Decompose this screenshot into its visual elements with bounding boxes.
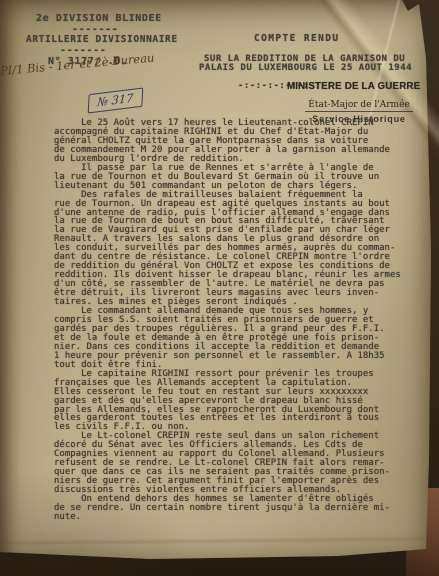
unit-title: 2e DIVISION BLINDEE bbox=[36, 13, 162, 24]
scanned-document-photo: 2e DIVISION BLINDEE ------- ARTILLERIE D… bbox=[0, 0, 439, 576]
report-subtitle-line2: PALAIS DU LUXEMBOURG LE 25 AOUT 1944 bbox=[199, 63, 412, 73]
report-title: COMPTE RENDU bbox=[254, 33, 339, 44]
stamp-ministry-line: MINISTERE DE LA GUERRE bbox=[283, 80, 424, 92]
unit-subtitle: ARTILLERIE DIVISIONNAIRE bbox=[26, 34, 178, 45]
stamp-staff-line: État-Major de l'Armée bbox=[305, 100, 412, 112]
document-body-text: Le 25 Août vers 17 heures le Lieutenant-… bbox=[54, 119, 432, 522]
